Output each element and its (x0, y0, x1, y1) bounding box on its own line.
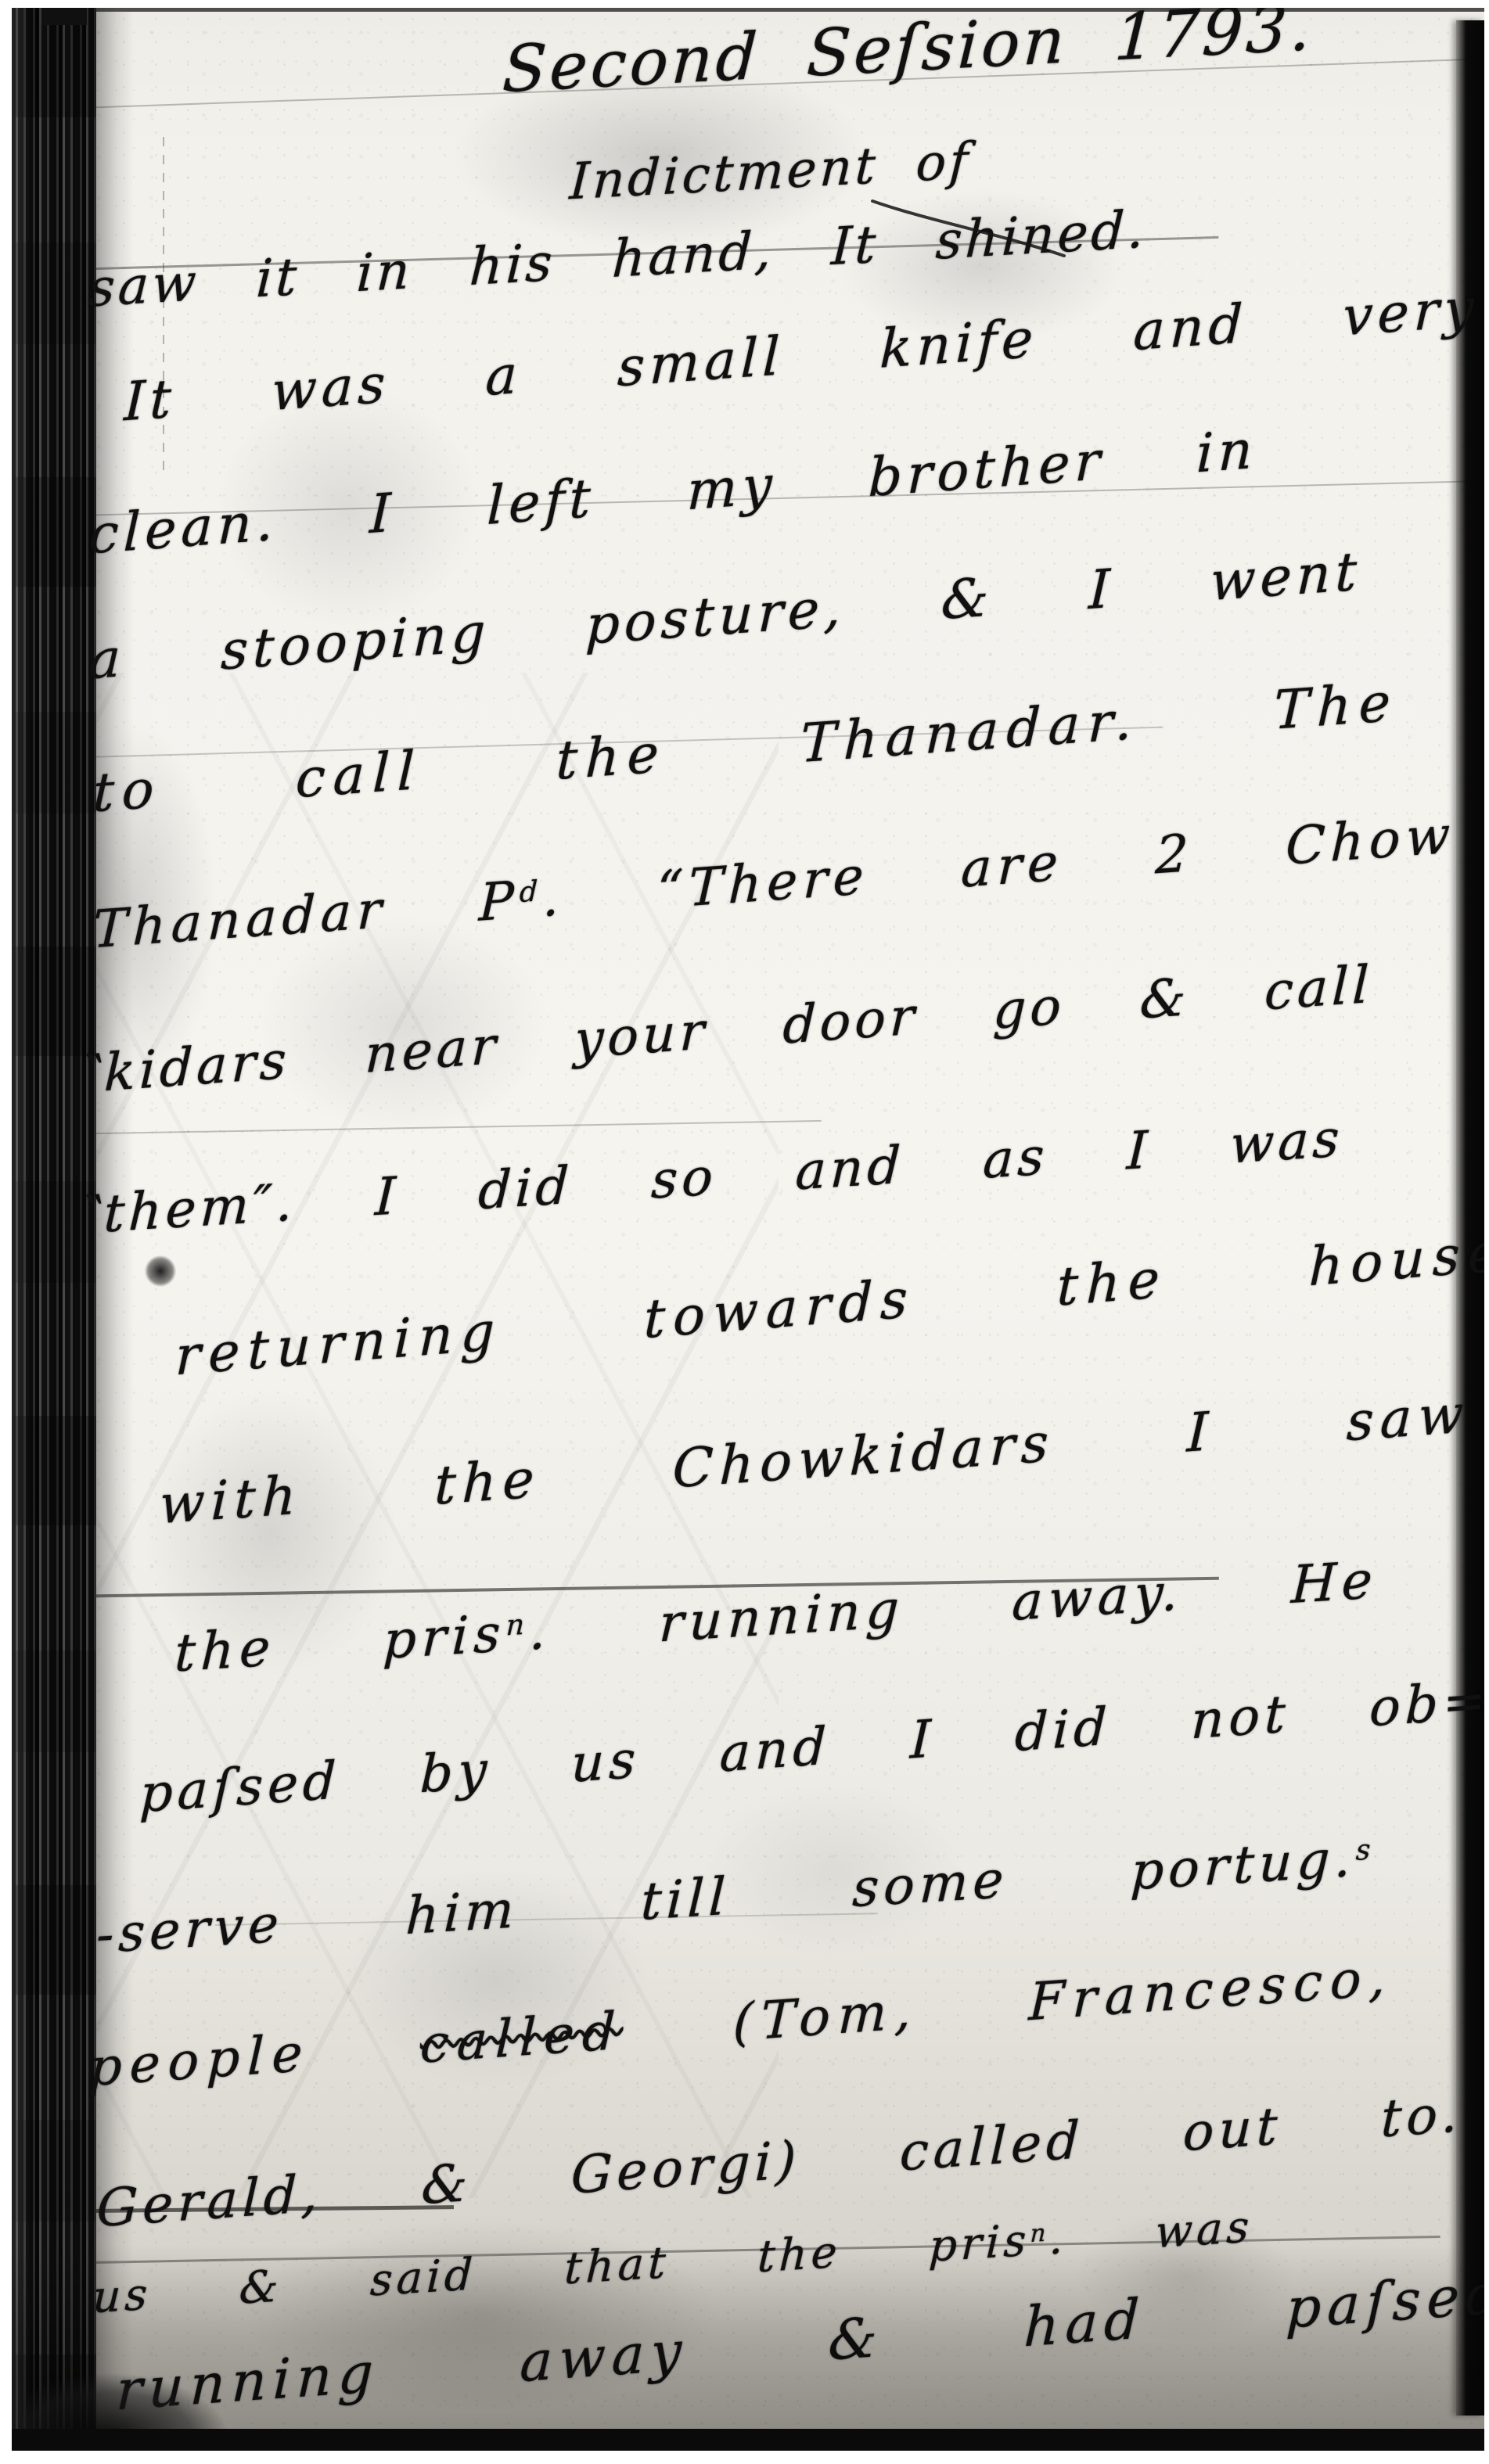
manuscript-line: the prisn. running away. He (174, 1550, 1379, 1683)
line-text: ‶them″. I did so and as I was (80, 1108, 1345, 1245)
manuscript-line: Gerald, & Georgi) called out to. (95, 2083, 1463, 2239)
manuscript-line: to call the Thanadar. The (92, 671, 1399, 824)
manuscript-page: Second Seſsion 1793. Indictment of saw i… (12, 8, 1484, 2451)
manuscript-line: a stooping posture, & I went (88, 541, 1362, 691)
line-text: Thanadar P (92, 870, 520, 960)
line-text: . “There are 2 Chow (541, 804, 1456, 928)
line-text: clean. I left my brother in (88, 418, 1258, 566)
line-text: paſsed by us and I did not ob= (138, 1669, 1484, 1824)
handwriting-layer: Second Seſsion 1793. Indictment of saw i… (12, 8, 1484, 2451)
superscript-abbreviation: d (519, 874, 544, 909)
manuscript-line: paſsed by us and I did not ob= (138, 1669, 1484, 1824)
line-text: with the Chowkidars I saw (158, 1383, 1470, 1536)
line-text: the pris (174, 1603, 507, 1683)
superscript-abbreviation: n (1030, 2218, 1050, 2248)
manuscript-line: clean. I left my brother in (88, 418, 1258, 566)
heading-underline-flourish (869, 192, 1072, 266)
manuscript-line: ‶kidars near your door go & call (80, 954, 1373, 1105)
scanned-document: { "document": { "kind": "handwritten man… (0, 0, 1489, 2464)
line-text: Gerald, & Georgi) called out to. (95, 2083, 1463, 2239)
manuscript-line: people called (Tom, Francesco, (88, 1946, 1394, 2098)
line-text: -serve him till some portug. (95, 1828, 1358, 1966)
superscript-abbreviation: n (505, 1607, 531, 1642)
line-text: to call the Thanadar. The (92, 671, 1399, 824)
manuscript-line: returning towards the house (174, 1221, 1484, 1388)
line-text: a stooping posture, & I went (88, 541, 1362, 691)
manuscript-line: with the Chowkidars I saw (158, 1383, 1470, 1536)
struck-word: called (419, 2000, 624, 2075)
line-text: . running away. He (528, 1550, 1379, 1662)
session-title: Second Seſsion 1793. (501, 8, 1315, 107)
line-text: people (88, 2014, 421, 2098)
line-text: (Tom, Francesco, (622, 1946, 1394, 2060)
scan-edge-bar-bottom (12, 2429, 1484, 2451)
line-text: ‶kidars near your door go & call (80, 954, 1373, 1105)
manuscript-line: ‶them″. I did so and as I was (80, 1108, 1345, 1245)
manuscript-line: -serve him till some portug.s (95, 1826, 1376, 1965)
line-text: . was (1048, 2201, 1254, 2265)
line-text: returning towards the house (174, 1221, 1484, 1388)
superscript-abbreviation: s (1355, 1832, 1376, 1867)
manuscript-line: Thanadar Pd. “There are 2 Chow (92, 804, 1456, 960)
